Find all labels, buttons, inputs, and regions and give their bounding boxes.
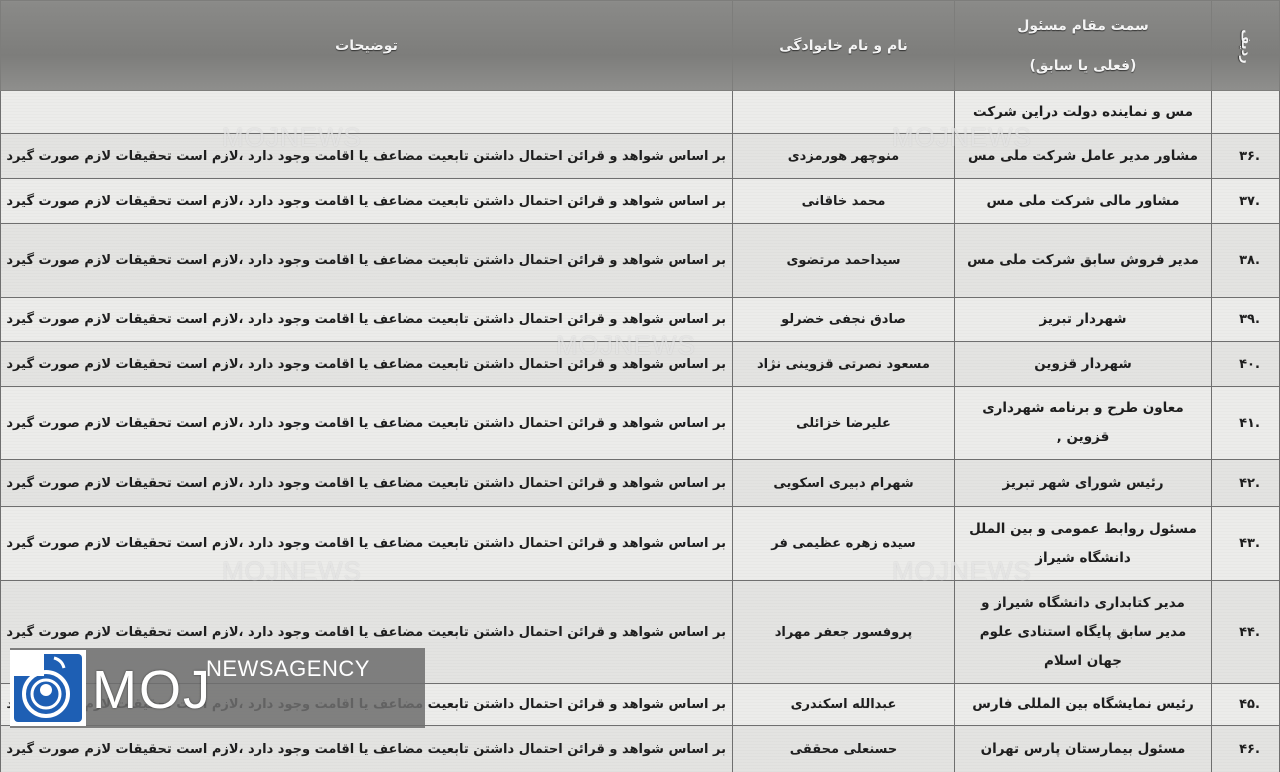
row-name [733, 91, 955, 134]
row-number: .۳۷ [1212, 179, 1280, 224]
row-number: .۴۴ [1212, 581, 1280, 684]
row-name: سیده زهره عظیمی فر [733, 507, 955, 581]
table-row: .۴۲ رئیس شورای شهر تبریز شهرام دبیری اسک… [1, 460, 1280, 507]
row-name: منوچهر هورمزدی [733, 134, 955, 179]
row-description: بر اساس شواهد و قرائن احتمال داشتن تابعی… [1, 387, 733, 460]
row-description: بر اساس شواهد و قرائن احتمال داشتن تابعی… [1, 726, 733, 772]
row-description: بر اساس شواهد و قرائن احتمال داشتن تابعی… [1, 298, 733, 342]
header-position-line1: سمت مقام مسئول [955, 6, 1211, 46]
row-name: پروفسور جعفر مهراد [733, 581, 955, 684]
row-description: بر اساس شواهد و قرائن احتمال داشتن تابعی… [1, 507, 733, 581]
row-name: علیرضا خزائلی [733, 387, 955, 460]
row-description: بر اساس شواهد و قرائن احتمال داشتن تابعی… [1, 342, 733, 387]
row-description: بر اساس شواهد و قرائن احتمال داشتن تابعی… [1, 179, 733, 224]
table-row: .۴۰ شهردار قزوین مسعود نصرتی قزوینی نژاد… [1, 342, 1280, 387]
row-number: .۴۶ [1212, 726, 1280, 772]
table-row: .۳۸ مدیر فروش سابق شرکت ملی مس سیداحمد م… [1, 224, 1280, 298]
table-row-continuation: مس و نماینده دولت دراین شرکت [1, 91, 1280, 134]
row-name: صادق نجفی خضرلو [733, 298, 955, 342]
row-position: شهردار تبریز [955, 298, 1212, 342]
row-name: شهرام دبیری اسکویی [733, 460, 955, 507]
logo-tagline-text: NEWSAGENCY [206, 656, 370, 682]
row-number: .۴۰ [1212, 342, 1280, 387]
row-position: مسئول روابط عمومی و بین الملل دانشگاه شی… [955, 507, 1212, 581]
header-name: نام و نام خانوادگی [733, 1, 955, 91]
row-name: سیداحمد مرتضوی [733, 224, 955, 298]
row-position: مشاور مالی شرکت ملی مس [955, 179, 1212, 224]
row-position: شهردار قزوین [955, 342, 1212, 387]
logo-brand-text: MOJ [92, 660, 212, 720]
row-position: مدیر کتابداری دانشگاه شیراز و مدیر سابق … [955, 581, 1212, 684]
scanned-document-page: ردیف سمت مقام مسئول (فعلی یا سابق) نام و… [0, 0, 1280, 772]
row-description [1, 91, 733, 134]
table-row: .۳۹ شهردار تبریز صادق نجفی خضرلو بر اساس… [1, 298, 1280, 342]
row-position: مس و نماینده دولت دراین شرکت [955, 91, 1212, 134]
table-row: .۳۶ مشاور مدیر عامل شرکت ملی مس منوچهر ه… [1, 134, 1280, 179]
row-description: بر اساس شواهد و قرائن احتمال داشتن تابعی… [1, 134, 733, 179]
table-header-row: ردیف سمت مقام مسئول (فعلی یا سابق) نام و… [1, 1, 1280, 91]
row-number: .۴۳ [1212, 507, 1280, 581]
row-position: رئیس شورای شهر تبریز [955, 460, 1212, 507]
row-position: رئیس نمایشگاه بین المللی فارس [955, 684, 1212, 726]
row-position: مدیر فروش سابق شرکت ملی مس [955, 224, 1212, 298]
header-position-line2: (فعلی یا سابق) [955, 46, 1211, 86]
row-name: حسنعلی محققی [733, 726, 955, 772]
row-position: مشاور مدیر عامل شرکت ملی مس [955, 134, 1212, 179]
header-position: سمت مقام مسئول (فعلی یا سابق) [955, 1, 1212, 91]
table-row: .۴۱ معاون طرح و برنامه شهرداری قزوین , ع… [1, 387, 1280, 460]
row-number: .۴۱ [1212, 387, 1280, 460]
row-name: محمد خاقانی [733, 179, 955, 224]
row-description: بر اساس شواهد و قرائن احتمال داشتن تابعی… [1, 224, 733, 298]
row-position: معاون طرح و برنامه شهرداری قزوین , [955, 387, 1212, 460]
moj-logo-icon [10, 650, 86, 726]
header-row-number-label: ردیف [1238, 29, 1253, 64]
table-row: .۴۳ مسئول روابط عمومی و بین الملل دانشگا… [1, 507, 1280, 581]
row-position: مسئول بیمارستان پارس تهران [955, 726, 1212, 772]
row-number [1212, 91, 1280, 134]
row-name: عبدالله اسکندری [733, 684, 955, 726]
row-number: .۴۲ [1212, 460, 1280, 507]
row-name: مسعود نصرتی قزوینی نژاد [733, 342, 955, 387]
row-description: بر اساس شواهد و قرائن احتمال داشتن تابعی… [1, 460, 733, 507]
row-number: .۳۸ [1212, 224, 1280, 298]
row-number: .۳۶ [1212, 134, 1280, 179]
row-number: .۴۵ [1212, 684, 1280, 726]
header-row-number: ردیف [1212, 1, 1280, 91]
table-row: .۴۶ مسئول بیمارستان پارس تهران حسنعلی مح… [1, 726, 1280, 772]
table-row: .۳۷ مشاور مالی شرکت ملی مس محمد خاقانی ب… [1, 179, 1280, 224]
header-description: توضیحات [1, 1, 733, 91]
row-number: .۳۹ [1212, 298, 1280, 342]
